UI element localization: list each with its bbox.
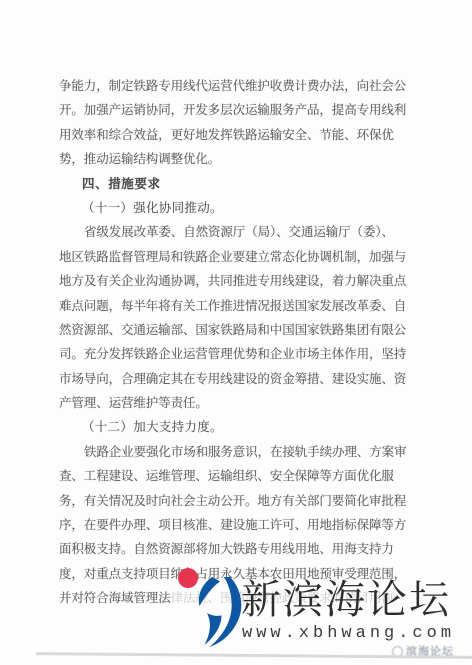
text-line: 地方及有关企业沟通协调，共同推进专用线建设，着力解决重点 [59, 269, 411, 293]
text-line: 铁路企业要强化市场和服务意识，在接轨手续办理、方案审 [59, 440, 411, 464]
text-line: 查、工程建设、运维管理、运输组织、安全保障等方面优化服 [59, 464, 411, 488]
text-line: 地区铁路监督管理局和铁路企业要建立常态化协调机制，加强与 [59, 245, 411, 269]
text-line: （十一）强化协同推动。 [59, 196, 411, 220]
text-line: 并对符合海域管理法律法规、围填海管控政策要求的项目用海 [59, 586, 411, 610]
text-line: 用效率和综合效益，更好地发挥铁路运输安全、节能、环保优 [59, 123, 411, 147]
text-line: 产管理、运营维护等责任。 [59, 391, 411, 415]
text-line: 四、措施要求 [59, 172, 411, 196]
text-line: 市场导向，合理确定其在专用线建设的资金筹措、建设实施、资 [59, 367, 411, 391]
watermark-url: www.xbhwang.com [242, 624, 455, 643]
text-line: 面积极支持。自然资源部将加大铁路专用线用地、用海支持力 [59, 537, 411, 561]
document-page: 争能力，制定铁路专用线代运营代维护收费计费办法，向社会公开。加强产运销协同，开发… [0, 0, 472, 665]
text-line: 务，有关情况及时向社会主动公开。地方有关部门要简化审批程 [59, 489, 411, 513]
text-line: 开。加强产运销协同，开发多层次运输服务产品，提高专用线利 [59, 98, 411, 122]
text-line: 省级发展改革委、自然资源厅（局）、交通运输厅（委）、 [59, 220, 411, 244]
text-line: 势，推动运输结构调整优化。 [59, 147, 411, 171]
text-line: 序，在要件办理、项目核准、建设施工许可、用地指标保障等方 [59, 513, 411, 537]
text-line: 度，对重点支持项目纳入占用永久基本农田用地预审受理范围， [59, 562, 411, 586]
text-line: 争能力，制定铁路专用线代运营代维护收费计费办法，向社会公 [59, 74, 411, 98]
document-text: 争能力，制定铁路专用线代运营代维护收费计费办法，向社会公开。加强产运销协同，开发… [59, 74, 411, 611]
text-line: 然资源部、交通运输部、国家铁路局和中国国家铁路集团有限公 [59, 318, 411, 342]
text-line: 司。充分发挥铁路企业运营管理优势和企业市场主体作用，坚持 [59, 342, 411, 366]
text-line: （十二）加大支持力度。 [59, 415, 411, 439]
page-bottom-edge [36, 652, 472, 658]
text-line: 难点问题，每半年将有关工作推进情况报送国家发展改革委、自 [59, 294, 411, 318]
